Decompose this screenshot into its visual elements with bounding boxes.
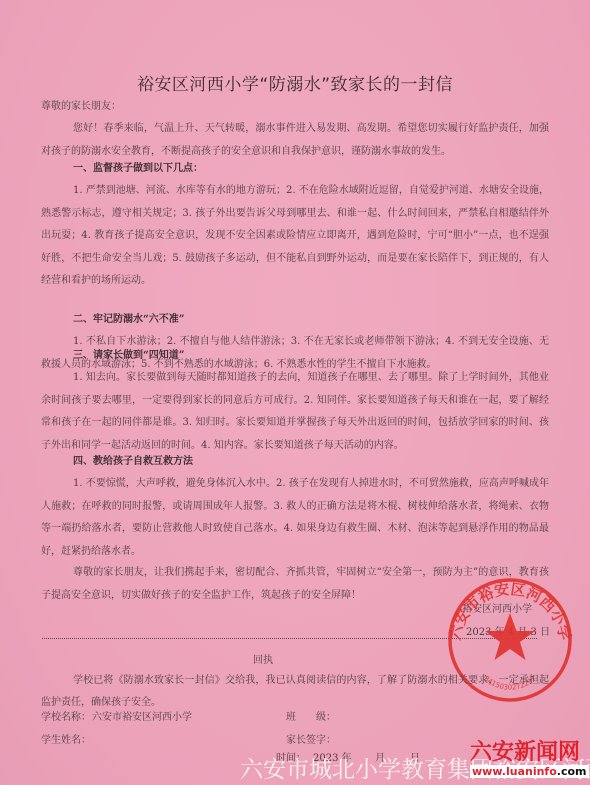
section-4-body: 1. 不要惊慌，大声呼救，避免身体沉入水中。2. 孩子在发现有人掉进水时，不可贸… bbox=[41, 473, 549, 563]
signature: 裕安区河西小学 bbox=[462, 604, 532, 616]
receipt-heading: 回执 bbox=[253, 655, 273, 667]
section-1-heading: 一、监督孩子做到以下几点： bbox=[73, 163, 203, 175]
url-tld: .com bbox=[557, 765, 587, 778]
class-label: 班 级： bbox=[286, 712, 336, 724]
url-www: www. bbox=[472, 765, 506, 778]
url-domain: luaninfo bbox=[506, 765, 557, 778]
section-1-body: 1. 严禁到池塘、河流、水库等有水的地方游玩；2. 不在危险水域附近逗留，自觉爱… bbox=[41, 180, 549, 293]
student-name-label: 学生姓名： bbox=[41, 735, 91, 747]
section-2-heading: 二、牢记防溺水“六不准” bbox=[73, 314, 185, 326]
section-3-body: 1. 知去向。家长要做到每天随时都知道孩子的去向，知道孩子在哪里、去了哪里。除了… bbox=[41, 367, 549, 457]
section-4-heading: 四、教给孩子自救互救方法 bbox=[73, 456, 193, 468]
tear-off-line bbox=[42, 638, 537, 639]
news-site-url: www.luaninfo.com bbox=[470, 765, 589, 778]
news-site-logo: 六安新闻网 bbox=[470, 735, 580, 766]
school-name-value: 六安市裕安区河西小学 bbox=[92, 712, 192, 724]
closing-paragraph: 尊敬的家长朋友，让我们携起手来，密切配合、齐抓共管，牢固树立“安全第一，预防为主… bbox=[41, 562, 549, 607]
section-3-heading: 三、请家长做到“四知道” bbox=[73, 350, 185, 362]
intro-paragraph: 您好！春季来临，气温上升、天气转暖，溺水事件进入易发期、高发期。希望您切实履行好… bbox=[41, 118, 549, 163]
receipt-statement: 学校已将《防溺水致家长一封信》交给我，我已认真阅读信的内容，了解了防溺水的相关要… bbox=[41, 670, 549, 714]
school-name-label: 学校名称： bbox=[41, 712, 91, 724]
letter-title: 裕安区河西小学“防溺水”致家长的一封信 bbox=[0, 70, 590, 95]
salutation: 尊敬的家长朋友： bbox=[41, 101, 121, 113]
parent-signature-label: 家长签字： bbox=[286, 735, 336, 747]
